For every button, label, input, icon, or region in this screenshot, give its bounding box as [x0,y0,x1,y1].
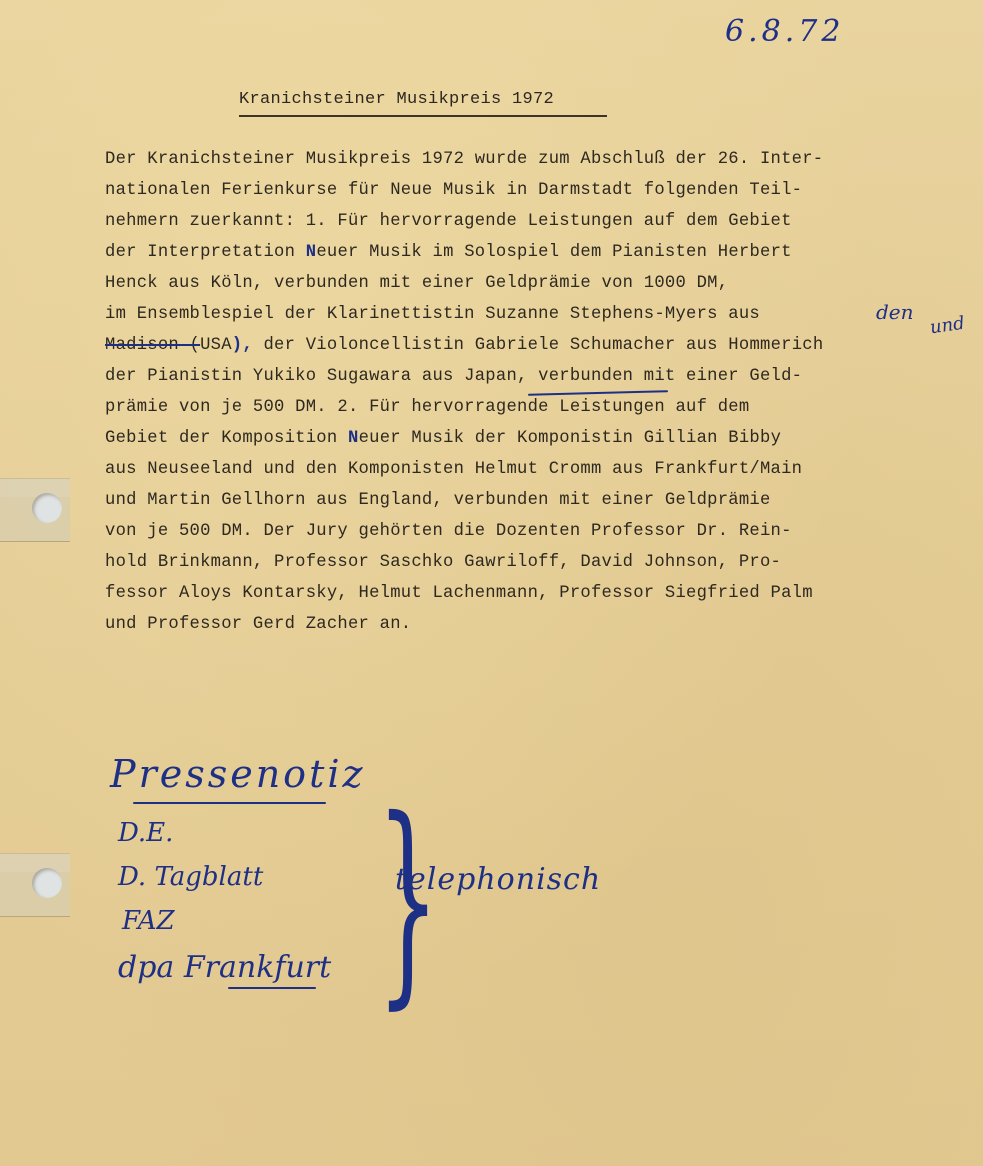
body-line: Madison (USA), der Violoncellistin Gabri… [105,336,823,355]
body-line: aus Neuseeland und den Komponisten Helmu… [105,460,802,479]
punch-hole-icon [32,493,62,523]
binder-tab [0,853,70,917]
press-note-heading: Pressenotiz [110,752,366,796]
body-line: der Interpretation Neuer Musik im Solosp… [105,243,792,262]
handwritten-insert-den: den [876,300,914,324]
binder-tab [0,478,70,542]
pen-correction: ), [232,336,253,355]
press-note-method: telephonisch [395,862,601,897]
press-note-heading-underline [133,802,326,804]
struck-text: Madison ( [105,336,200,355]
body-line: im Ensemblespiel der Klarinettistin Suza… [105,305,760,324]
pen-correction: N [348,429,359,448]
body-line: fessor Aloys Kontarsky, Helmut Lachenman… [105,584,813,603]
body-line: hold Brinkmann, Professor Saschko Gawril… [105,553,781,572]
punch-hole-icon [32,868,62,898]
body-line: und Professor Gerd Zacher an. [105,615,411,634]
document-title: Kranichsteiner Musikpreis 1972 [239,90,607,117]
body-line: von je 500 DM. Der Jury gehörten die Doz… [105,522,792,541]
body-line: prämie von je 500 DM. 2. Für hervorragen… [105,398,749,417]
pen-correction: N [306,243,317,262]
body-line: der Pianistin Yukiko Sugawara aus Japan,… [105,367,802,386]
frankfurt-underline [228,987,316,989]
handwritten-insert-und: und [929,313,966,339]
press-recipient: D.E. [118,818,173,848]
body-line: und Martin Gellhorn aus England, verbund… [105,491,771,510]
handwritten-date: 6.8.72 [725,14,844,49]
curly-brace-icon: } [376,790,439,1010]
body-line: Der Kranichsteiner Musikpreis 1972 wurde… [105,150,823,169]
body-line: Henck aus Köln, verbunden mit einer Geld… [105,274,728,293]
body-line: nehmern zuerkannt: 1. Für hervorragende … [105,212,792,231]
press-recipient: dpa Frankfurt [118,950,331,985]
body-line: nationalen Ferienkurse für Neue Musik in… [105,181,802,200]
press-recipient: FAZ [122,906,175,936]
press-recipient: D. Tagblatt [118,862,263,892]
pen-underline-japan [528,390,668,396]
body-line: Gebiet der Komposition Neuer Musik der K… [105,429,781,448]
